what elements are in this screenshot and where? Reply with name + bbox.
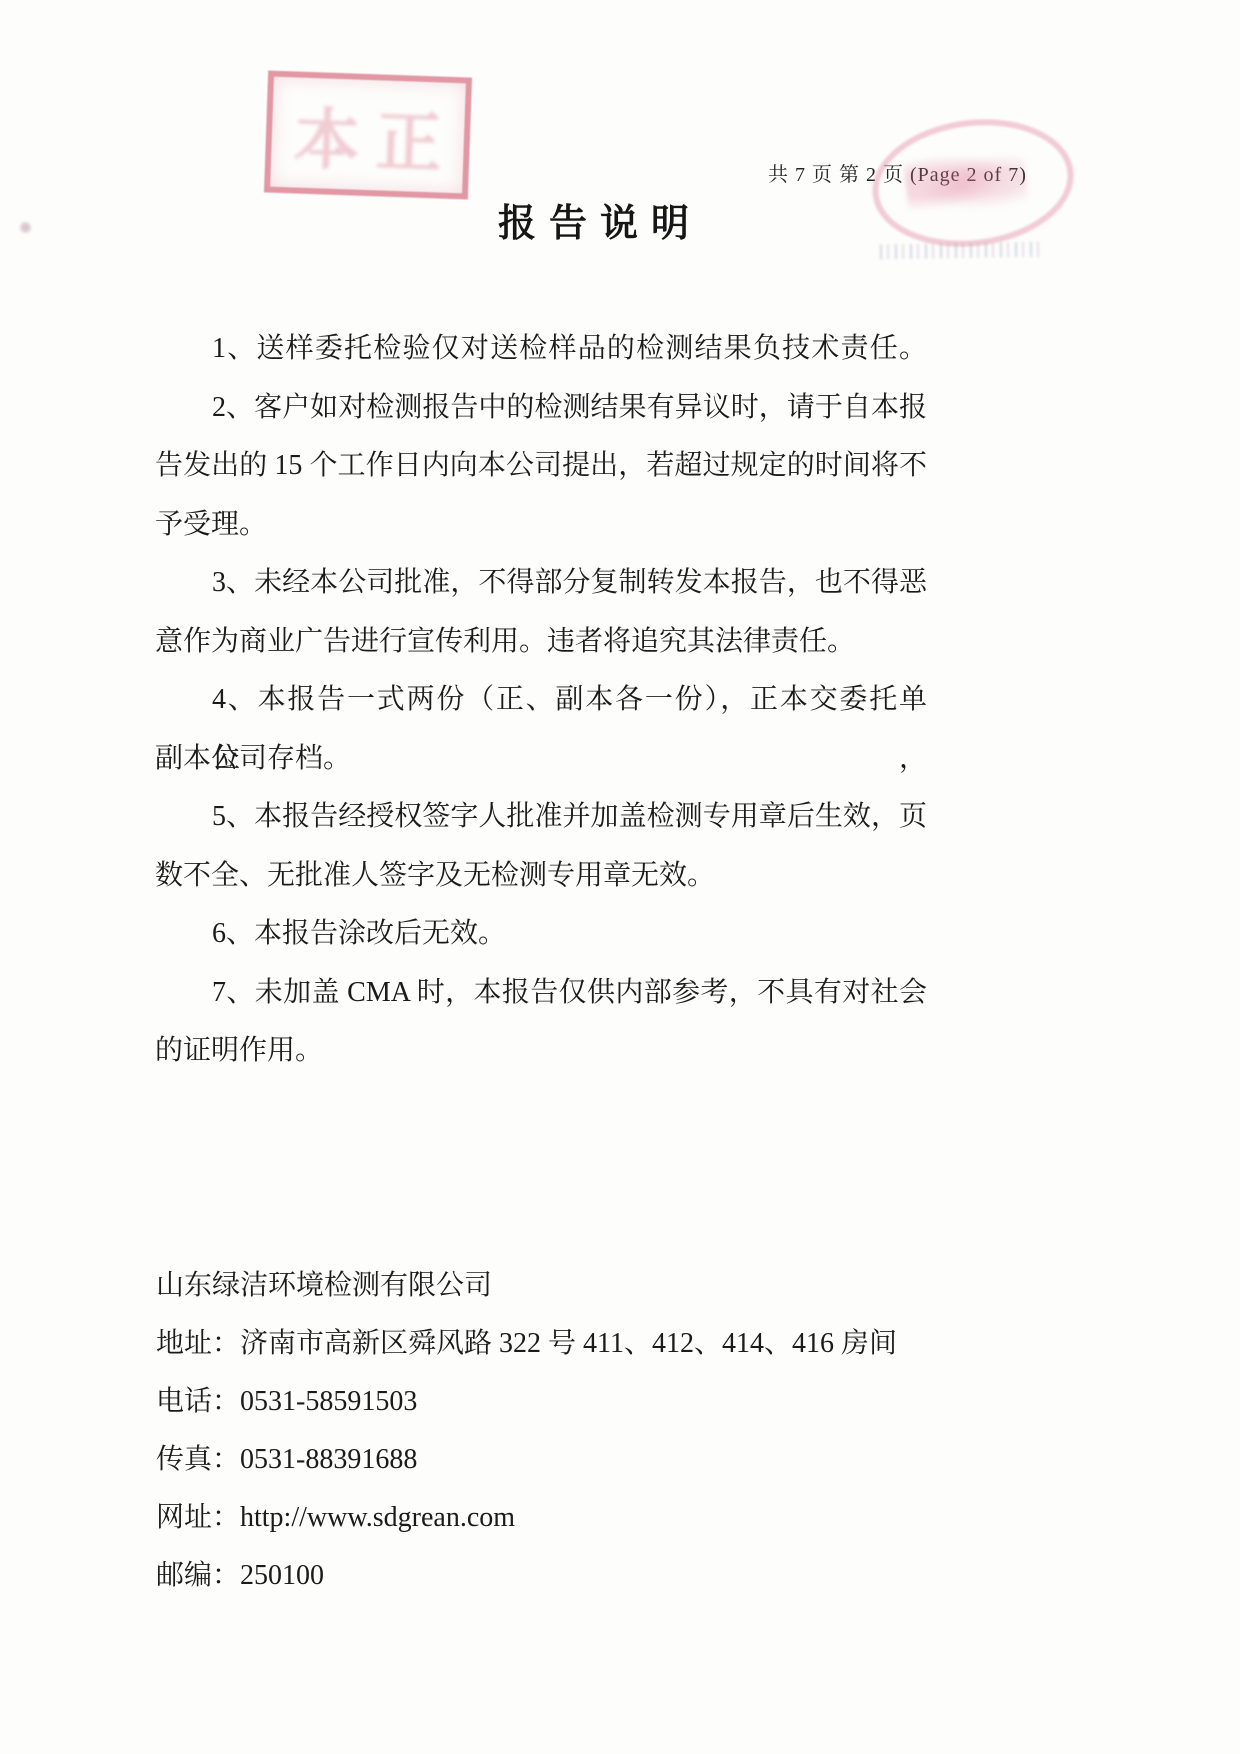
company-info-block: 山东绿洁环境检测有限公司 地址：济南市高新区舜风路 322 号 411、412、… <box>156 1257 1006 1605</box>
note-line: 意作为商业广告进行宣传利用。违者将追究其法律责任。 <box>155 613 927 672</box>
company-name: 山东绿洁环境检测有限公司 <box>156 1257 1006 1315</box>
document-page: 本正 共 7 页 第 2 页 (Page 2 of 7) 报告说明 1、送样委托… <box>0 0 1240 1754</box>
note-line: 予受理。 <box>155 496 927 555</box>
company-fax: 传真：0531-88391688 <box>156 1431 1006 1489</box>
note-line: 4、本报告一式两份（正、副本各一份），正本交委托单位， <box>155 671 927 730</box>
report-notes: 1、送样委托检验仅对送检样品的检测结果负技术责任。 2、客户如对检测报告中的检测… <box>155 320 927 1081</box>
note-line: 的证明作用。 <box>155 1022 927 1081</box>
note-line: 2、客户如对检测报告中的检测结果有异议时，请于自本报 <box>155 379 927 438</box>
rect-red-stamp-text: 本正 <box>276 84 459 185</box>
page-title: 报告说明 <box>498 192 702 247</box>
note-line: 7、未加盖 CMA 时，本报告仅供内部参考，不具有对社会 <box>155 964 927 1023</box>
note-line: 1、送样委托检验仅对送检样品的检测结果负技术责任。 <box>155 320 927 379</box>
oval-red-stamp-marks <box>903 146 1029 218</box>
rect-red-stamp: 本正 <box>264 70 472 199</box>
note-line: 告发出的 15 个工作日内向本公司提出，若超过规定的时间将不 <box>155 437 927 496</box>
oval-red-stamp <box>865 108 1081 258</box>
company-phone: 电话：0531-58591503 <box>156 1373 1006 1431</box>
company-website: 网址：http://www.sdgrean.com <box>156 1489 1006 1547</box>
note-line: 6、本报告涂改后无效。 <box>155 905 927 964</box>
note-line: 数不全、无批准人签字及无检测专用章无效。 <box>155 847 927 906</box>
note-line: 3、未经本公司批准，不得部分复制转发本报告，也不得恶 <box>155 554 927 613</box>
oval-stamp-serial-marks <box>880 242 1042 260</box>
ink-smudge <box>18 221 33 234</box>
company-postcode: 邮编：250100 <box>156 1547 1006 1605</box>
note-line: 5、本报告经授权签字人批准并加盖检测专用章后生效，页 <box>155 788 927 847</box>
company-address: 地址：济南市高新区舜风路 322 号 411、412、414、416 房间 <box>156 1315 1006 1373</box>
